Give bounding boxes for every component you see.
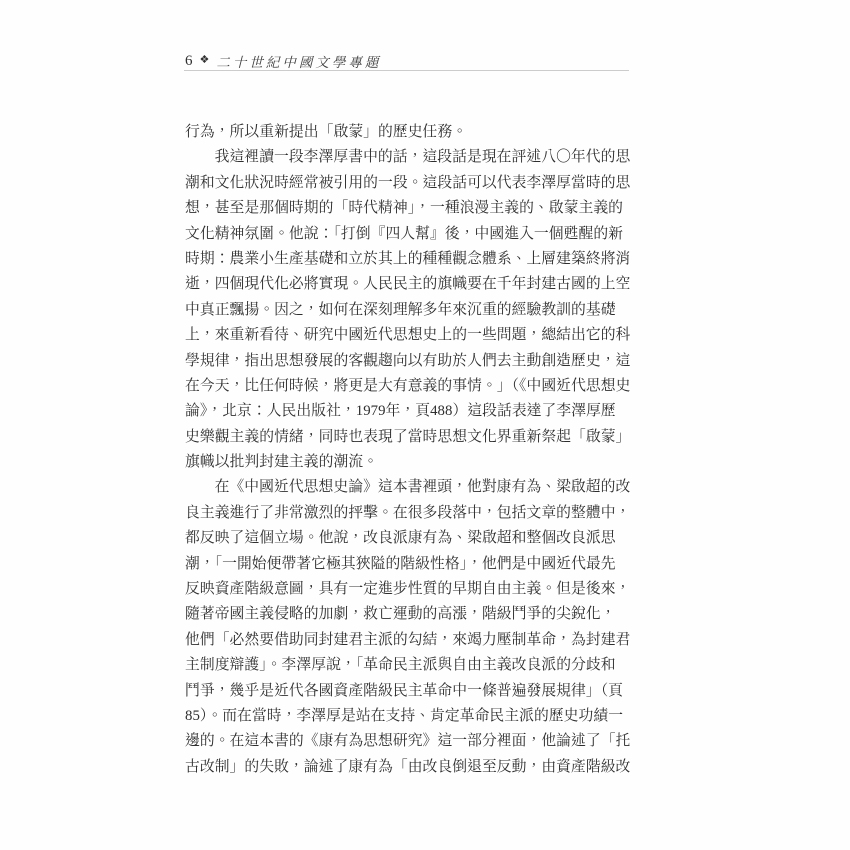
book-page: 6 ❖ 二十世紀中國文學專題 行為，所以重新提出「啟蒙」的歷史任務。 我這裡讀一… — [0, 0, 850, 850]
text-line: 都反映了這個立場。他說，改良派康有為、梁啟超和整個改良派思 — [185, 526, 645, 551]
text-line: 85）。而在當時，李澤厚是站在支持、肯定革命民主派的歷史功績一 — [185, 704, 645, 729]
text-line: 中真正飄揚。因之，如何在深刻理解多年來沉重的經驗教訓的基礎 — [185, 298, 645, 323]
page-number: 6 — [185, 53, 193, 70]
text-line: 他們「必然要借助同封建君主派的勾結，來竭力壓制革命，為封建君 — [185, 628, 645, 653]
text-line: 在今天，比任何時候，將更是大有意義的事情。」（《中國近代思想史 — [185, 374, 645, 399]
text-line: 學規律，指出思想發展的客觀趨向以有助於人們去主動創造歷史，這 — [185, 349, 645, 374]
text-line: 反映資產階級意圖，具有一定進步性質的早期自由主義。但是後來， — [185, 577, 645, 602]
body-text-block: 行為，所以重新提出「啟蒙」的歷史任務。 我這裡讀一段李澤厚書中的話，這段話是現在… — [185, 120, 645, 780]
text-line: 主制度辯護」。李澤厚說，「革命民主派與自由主義改良派的分歧和 — [185, 653, 645, 678]
text-line: 鬥爭，幾乎是近代各國資產階級民主革命中一條普遍發展規律」（頁 — [185, 679, 645, 704]
text-line: 逝，四個現代化必將實現。人民民主的旗幟要在千年封建古國的上空 — [185, 272, 645, 297]
text-line: 我這裡讀一段李澤厚書中的話，這段話是現在評述八〇年代的思 — [185, 145, 645, 170]
text-line: 邊的。在這本書的《康有為思想研究》這一部分裡面，他論述了「托 — [185, 729, 645, 754]
text-line: 隨著帝國主義侵略的加劇，救亡運動的高漲，階級鬥爭的尖銳化， — [185, 602, 645, 627]
text-line: 旗幟以批判封建主義的潮流。 — [185, 450, 645, 475]
text-line: 論》，北京：人民出版社，1979年，頁488）這段話表達了李澤厚歷 — [185, 399, 645, 424]
running-title: 二十世紀中國文學專題 — [216, 51, 381, 71]
text-line: 史樂觀主義的情緒，同時也表現了當時思想文化界重新祭起「啟蒙」 — [185, 425, 645, 450]
text-line: 想，甚至是那個時期的「時代精神」，一種浪漫主義的、啟蒙主義的 — [185, 196, 645, 221]
text-line: 潮，「一開始便帶著它極其狹隘的階級性格」，他們是中國近代最先 — [185, 552, 645, 577]
text-line: 潮和文化狀況時經常被引用的一段。這段話可以代表李澤厚當時的思 — [185, 171, 645, 196]
florette-icon: ❖ — [200, 55, 210, 66]
running-header: 6 ❖ 二十世紀中國文學專題 — [185, 52, 381, 70]
header-rule — [184, 70, 629, 71]
text-line: 良主義進行了非常激烈的抨擊。在很多段落中，包括文章的整體中， — [185, 501, 645, 526]
text-line: 文化精神氛圍。他說：「打倒『四人幫』後，中國進入一個甦醒的新 — [185, 222, 645, 247]
text-line: 古改制」的失敗，論述了康有為「由改良倒退至反動，由資產階級改 — [185, 755, 645, 780]
text-line: 上，來重新看待、研究中國近代思想史上的一些問題，總結出它的科 — [185, 323, 645, 348]
text-line: 在《中國近代思想史論》這本書裡頭，他對康有為、梁啟超的改 — [185, 475, 645, 500]
text-line: 時期：農業小生產基礎和立於其上的種種觀念體系、上層建築終將消 — [185, 247, 645, 272]
text-line: 行為，所以重新提出「啟蒙」的歷史任務。 — [185, 120, 645, 145]
